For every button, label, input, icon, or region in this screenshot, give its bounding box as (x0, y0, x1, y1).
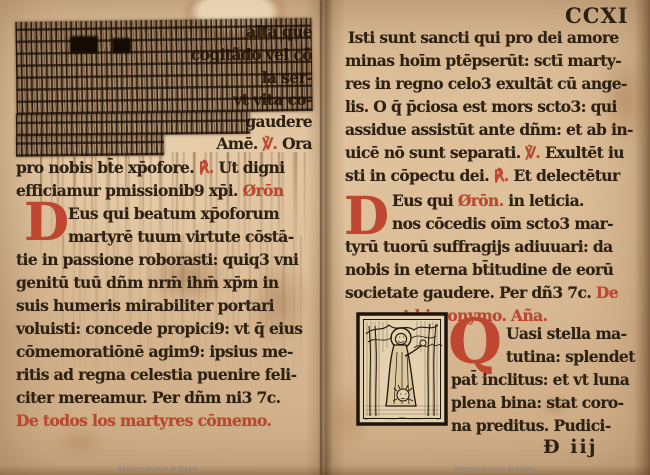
text-line: nos cōcedis oīm scto3 mar- (392, 214, 613, 233)
text-run: plena bina: stat coro- (451, 393, 623, 412)
text-line: Uasi stella ma- (506, 324, 626, 343)
woodcut-st-jerome (356, 312, 448, 426)
text-line: tie in passione roborasti: quiq3 vni (16, 250, 298, 269)
text-run: pro nobis bt̄e xp̄ofore. (16, 158, 199, 177)
censored-line-tail: gaudere (245, 112, 312, 131)
text-line: na preditus. Pudici- (451, 416, 611, 435)
text-run: voluisti: concede propici9: vt q̄ eius (16, 319, 302, 338)
censorship-hatching (16, 112, 250, 136)
text-run: tutina: splendet (506, 347, 635, 366)
book-scan: alta que cogitãdo vel cõ la ser- vt vita… (0, 0, 650, 475)
ink-blob (70, 36, 98, 53)
text-run: in leticia. (504, 191, 584, 210)
quire-signature: Ð iij (543, 436, 598, 458)
text-run: Ora (277, 134, 312, 153)
text-run: De todos los martyres cōmemo. (16, 411, 271, 430)
text-line: uicē nō sunt separati. ℣. Exultēt iu (345, 143, 624, 162)
text-run: Ut digni (214, 158, 285, 177)
text-run: ritis ad regna celestia puenire feli- (16, 365, 296, 384)
text-run: tie in passione roborasti: quiq3 vni (16, 250, 298, 269)
text-run: Exultēt iu (540, 143, 624, 162)
text-line: nobis in eterna bt̄itudine de eorū (345, 260, 613, 279)
text-run: nobis in eterna bt̄itudine de eorū (345, 260, 613, 279)
text-line: assidue assistūt ante dñm: et ab in- (345, 120, 633, 139)
text-run: assidue assistūt ante dñm: et ab in- (345, 120, 633, 139)
text-run: Eus qui (392, 191, 458, 210)
text-run: martyrē tuum virtute cōstā- (68, 227, 294, 246)
text-run: De (596, 283, 618, 302)
text-run: gaudere (245, 112, 312, 131)
text-run: res in regno celo3 exultāt cū ange- (345, 74, 627, 93)
text-run: minas hoīm ptēpserūt: sctī marty- (345, 51, 621, 70)
text-line: pro nobis bt̄e xp̄ofore. ℟. Ut digni (16, 158, 285, 177)
text-run: cōmemoratiōnē agim9: ipsius me- (16, 342, 293, 361)
text-line: cōmemoratiōnē agim9: ipsius me- (16, 342, 293, 361)
text-run: genitū tuū dñm nrm̄ ihm̄ xp̄m in (16, 273, 279, 292)
text-line: tutina: splendet (506, 347, 635, 366)
text-run: uicē nō sunt separati. (345, 143, 525, 162)
text-line: minas hoīm ptēpserūt: sctī marty- (345, 51, 621, 70)
library-watermark: Biblioteca Nacional de España (455, 467, 535, 473)
drop-cap-q: Q (448, 316, 502, 369)
foxing-spots (52, 425, 107, 459)
text-line: tyrū tuorū suffragijs adiuuari: da (345, 237, 613, 256)
text-line: Isti sunt sancti qui pro dei amore (348, 28, 619, 47)
library-watermark: Biblioteca Nacional de España (118, 467, 198, 473)
text-run: ℣. (262, 134, 277, 153)
text-line: suis humeris mirabiliter portari (16, 296, 274, 315)
text-line: societate gaudere. Per dñ3 7c. De (345, 283, 618, 302)
text-run: pat̄ inclitus: et vt luna (451, 370, 629, 389)
text-run: na preditus. Pudici- (451, 416, 611, 435)
text-line: ritis ad regna celestia puenire feli- (16, 365, 296, 384)
text-run: lis. O q̄ p̄ciosa est mors scto3: qui (345, 97, 617, 116)
text-run: tyrū tuorū suffragijs adiuuari: da (345, 237, 613, 256)
text-run: Amē. (216, 134, 262, 153)
text-line: citer mereamur. Per dñm ni3 7c. (16, 388, 280, 407)
text-line: martyrē tuum virtute cōstā- (68, 227, 294, 246)
text-line: plena bina: stat coro- (451, 393, 623, 412)
text-line: Eus qui beatum xp̄oforum (68, 204, 279, 223)
drop-cap-d: D (344, 195, 389, 239)
text-run: nos cōcedis oīm scto3 mar- (392, 214, 613, 233)
text-run: ℣. (525, 143, 540, 162)
text-run: ℟. (494, 166, 509, 185)
text-line: pat̄ inclitus: et vt luna (451, 370, 629, 389)
text-line: voluisti: concede propici9: vt q̄ eius (16, 319, 302, 338)
text-run: ℟. (199, 158, 214, 177)
text-line: sti in cōpectu dei. ℟. Et delectētur (345, 166, 620, 185)
text-run: sti in cōpectu dei. (345, 166, 494, 185)
text-run: citer mereamur. Per dñm ni3 7c. (16, 388, 280, 407)
text-run: Et delectētur (509, 166, 620, 185)
text-run: Ørōn (243, 181, 284, 200)
text-run: Eus qui beatum xp̄oforum (68, 204, 279, 223)
drop-cap-d: D (24, 201, 69, 245)
text-run: suis humeris mirabiliter portari (16, 296, 274, 315)
page-edge-bottom (0, 465, 650, 475)
text-run: Ørōn. (458, 191, 504, 210)
text-run: societate gaudere. Per dñ3 7c. (345, 283, 596, 302)
text-line: lis. O q̄ p̄ciosa est mors scto3: qui (345, 97, 617, 116)
text-line: genitū tuū dñm nrm̄ ihm̄ xp̄m in (16, 273, 279, 292)
text-run: Isti sunt sancti qui pro dei amore (348, 28, 619, 47)
text-line: res in regno celo3 exultāt cū ange- (345, 74, 627, 93)
woodcut-stone (420, 340, 426, 346)
woodcut-head (395, 333, 406, 344)
text-line: Eus qui Ørōn. in leticia. (392, 191, 584, 210)
text-run: Uasi stella ma- (506, 324, 626, 343)
folio-number: CCXI (565, 3, 629, 28)
rubric-line: De todos los martyres cōmemo. (16, 411, 271, 430)
censored-line-tail: Amē. ℣. Ora (216, 134, 312, 153)
ink-blob (112, 38, 131, 53)
censorship-hatching (15, 18, 312, 115)
